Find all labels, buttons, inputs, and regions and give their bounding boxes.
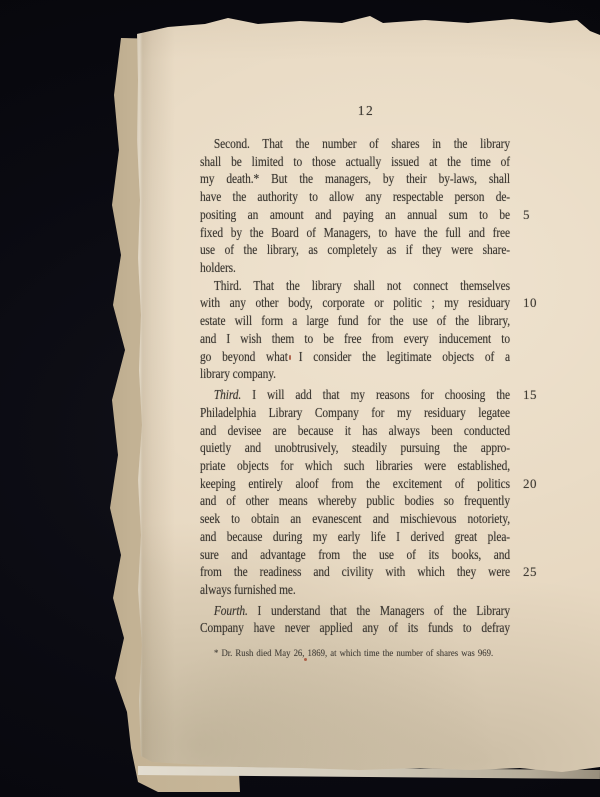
text-line: always furnished me.	[200, 582, 510, 600]
text-block: Second. That the number of shares in the…	[200, 136, 512, 638]
text-line: Company have never applied any of its fu…	[200, 620, 510, 638]
text-line: and of other means whereby public bodies…	[200, 493, 510, 511]
text-line: and because during my early life I deriv…	[200, 529, 510, 547]
text-line: go beyond what I consider the legitimate…	[200, 349, 510, 367]
text-line: quietly and unobtrusively, steadily purs…	[200, 440, 510, 458]
text-line: have the authority to allow any respecta…	[200, 189, 510, 207]
text-line: keeping entirely aloof from the exciteme…	[200, 476, 510, 494]
italic-lead-word: Fourth.	[214, 603, 248, 618]
italic-lead-word: Third.	[214, 387, 241, 402]
text-line: my death.* But the managers, by their by…	[200, 171, 510, 189]
line-number: 5	[523, 207, 530, 225]
text-line: Fourth. I understand that the Managers o…	[200, 603, 510, 621]
line-numbers-column: 510152025	[523, 136, 555, 666]
line-number: 20	[523, 476, 537, 494]
text-line: fixed by the Board of Managers, to have …	[200, 225, 510, 243]
text-line: use of the library, as completely as if …	[200, 242, 510, 260]
text-line: Third. I will add that my reasons for ch…	[200, 387, 510, 405]
text-line: priate objects for which such libraries …	[200, 458, 510, 476]
book-page: 12 Second. That the number of shares in …	[0, 0, 600, 797]
footnote-text: * Dr. Rush died May 26, 1869, at which t…	[214, 648, 493, 659]
text-line: from the readiness and civility with whi…	[200, 564, 510, 582]
text-line: with any other body, corporate or politi…	[200, 295, 510, 313]
text-line: estate will form a large fund for the us…	[200, 313, 510, 331]
text-line: seek to obtain an evanescent and mischie…	[200, 511, 510, 529]
text-line: Second. That the number of shares in the…	[200, 136, 510, 154]
line-number: 25	[523, 564, 537, 582]
text-line: and I wish them to be free from every in…	[200, 331, 510, 349]
text-line: Third. That the library shall not connec…	[200, 278, 510, 296]
text-line: Philadelphia Library Company for my resi…	[200, 405, 510, 423]
line-number: 15	[523, 387, 537, 405]
line-number: 10	[523, 295, 537, 313]
scanned-book-photo: 12 Second. That the number of shares in …	[0, 0, 600, 797]
red-stain-dot	[304, 658, 307, 661]
text-line: holders.	[200, 260, 510, 278]
text-line: shall be limited to those actually issue…	[200, 154, 510, 172]
red-stain-mark	[289, 355, 291, 360]
text-line: and devisee are because it has always be…	[200, 423, 510, 441]
text-line: positing an amount and paying an annual …	[200, 207, 510, 225]
footnote: * Dr. Rush died May 26, 1869, at which t…	[214, 643, 524, 661]
page-number: 12	[340, 103, 392, 119]
text-line: sure and advantage from the use of its b…	[200, 547, 510, 565]
text-line: library company.	[200, 366, 510, 384]
